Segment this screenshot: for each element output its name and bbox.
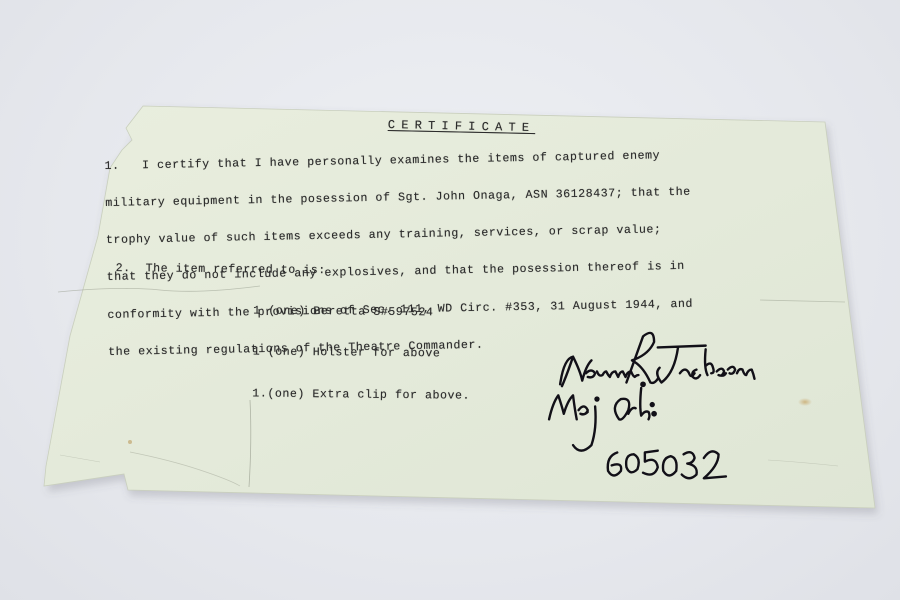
paragraph-2-intro: The item referred to is: — [146, 262, 326, 277]
item-3: 1.(one) Extra clip for above. — [114, 386, 470, 404]
paragraph-2-number: 2. — [116, 262, 131, 275]
signature-handwriting — [535, 318, 775, 493]
paragraph-2-intro-line: 2. The item referred to is: — [116, 262, 472, 280]
paragraph-1-line-2: military equipment in the posession of S… — [105, 187, 691, 211]
signature-block: Norman R. Jackson Maj Ord. 605032 — [535, 318, 775, 493]
item-2: 1 (one) Holster for above — [115, 344, 471, 362]
item-1: 1 (one) Beretta S#597524 — [115, 303, 471, 321]
paragraph-1-number: 1. — [104, 160, 119, 173]
paragraph-2: 2. The item referred to is: 1 (one) Bere… — [114, 234, 472, 417]
paragraph-1-line-1: 1. I certify that I have personally exam… — [104, 150, 690, 174]
